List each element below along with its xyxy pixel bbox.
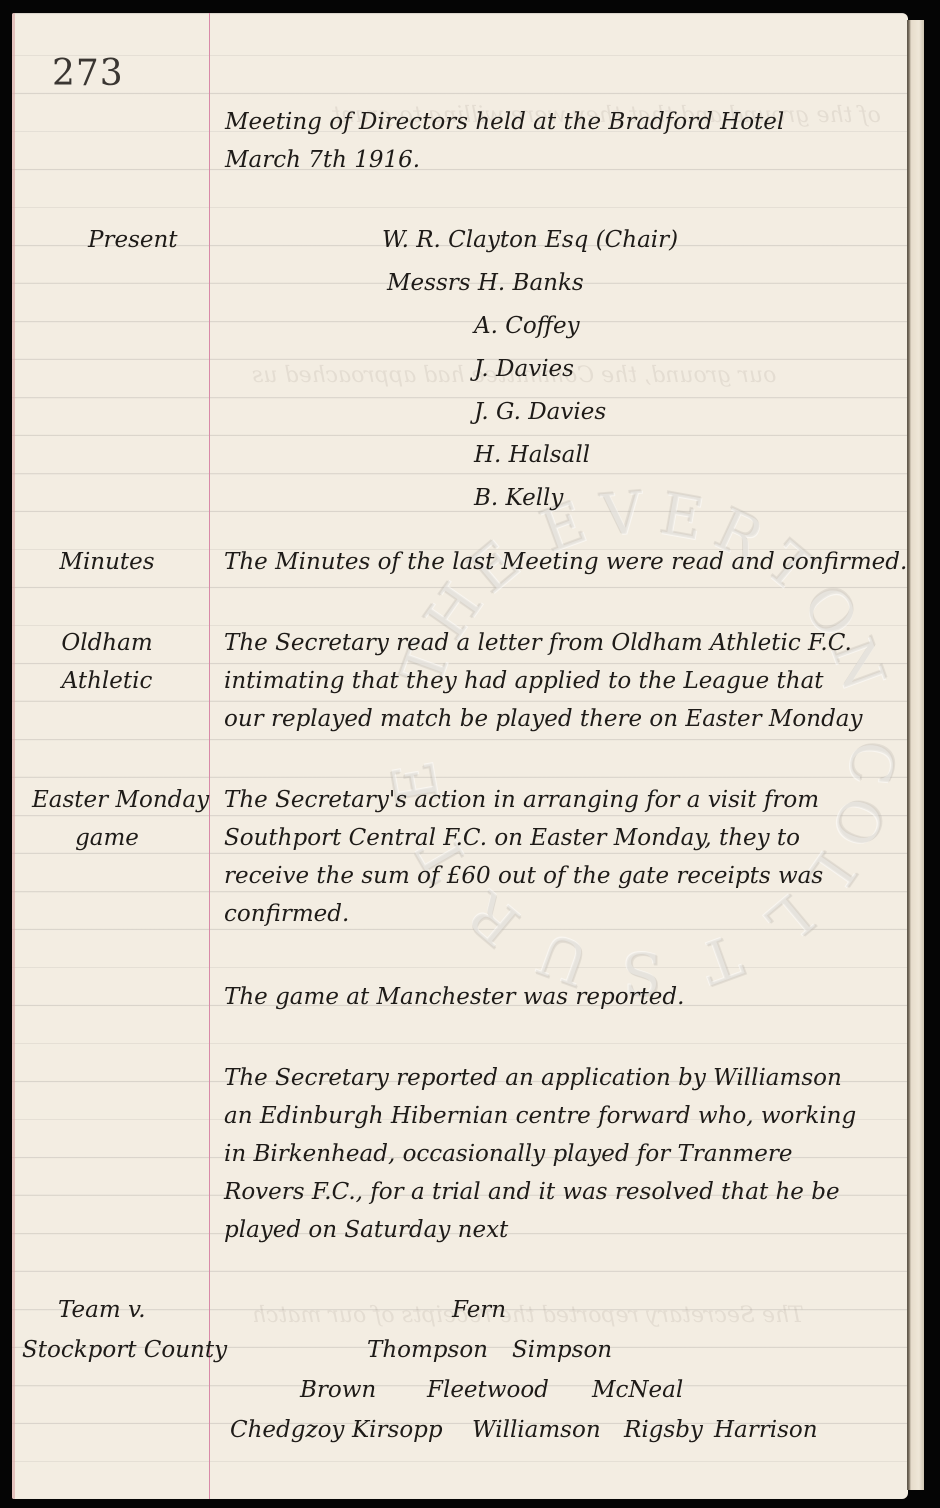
attendee-jg-davies: J. G. Davies xyxy=(474,399,606,425)
easter-text-line: confirmed. xyxy=(224,901,349,927)
player-back: Thompson xyxy=(367,1337,488,1363)
meeting-date: March 7th 1916. xyxy=(225,147,420,173)
oldham-label-line1: Oldham xyxy=(12,630,202,656)
page-edge xyxy=(12,13,15,1499)
player-back: Simpson xyxy=(512,1337,612,1363)
player-forward: Rigsby xyxy=(624,1417,703,1443)
meeting-heading: Meeting of Directors held at the Bradfor… xyxy=(225,109,784,135)
williamson-text-line: in Birkenhead, occasionally played for T… xyxy=(224,1141,792,1167)
williamson-text-line: The Secretary reported an application by… xyxy=(224,1065,842,1091)
oldham-text-line: our replayed match be played there on Ea… xyxy=(224,706,863,732)
easter-text-line: Southport Central F.C. on Easter Monday,… xyxy=(224,825,800,851)
attendee-j-davies: J. Davies xyxy=(474,356,574,382)
attendee-clayton: W. R. Clayton Esq (Chair) xyxy=(382,227,678,253)
book-binding xyxy=(907,20,924,1490)
attendee-banks: Messrs H. Banks xyxy=(387,270,584,296)
oldham-text-line: intimating that they had applied to the … xyxy=(224,668,824,694)
attendee-coffey: A. Coffey xyxy=(474,313,580,339)
minutes-label: Minutes xyxy=(12,549,202,575)
player-goalkeeper: Fern xyxy=(452,1297,506,1323)
minutes-text: The Minutes of the last Meeting were rea… xyxy=(224,549,907,575)
player-forward: Williamson xyxy=(472,1417,601,1443)
manchester-text: The game at Manchester was reported. xyxy=(224,984,684,1010)
oldham-text-line: The Secretary read a letter from Oldham … xyxy=(224,630,852,656)
attendee-halsall: H. Halsall xyxy=(474,442,590,468)
bleed-through-text: The Secretary reported the receipts of o… xyxy=(252,1303,804,1328)
easter-label-line2: game xyxy=(12,825,202,851)
easter-text-line: The Secretary's action in arranging for … xyxy=(224,787,819,813)
williamson-text-line: played on Saturday next xyxy=(224,1217,508,1243)
player-halfback: Brown xyxy=(300,1377,376,1403)
player-forward: Kirsopp xyxy=(352,1417,443,1443)
williamson-text-line: an Edinburgh Hibernian centre forward wh… xyxy=(224,1103,856,1129)
easter-label-line1: Easter Monday xyxy=(32,787,209,813)
team-label-line2: Stockport County xyxy=(22,1337,227,1363)
attendee-kelly: B. Kelly xyxy=(474,485,563,511)
margin-line xyxy=(209,13,210,1499)
ledger-page: of the ground and that they were willing… xyxy=(12,13,908,1499)
williamson-text-line: Rovers F.C., for a trial and it was reso… xyxy=(224,1179,840,1205)
player-halfback: Fleetwood xyxy=(427,1377,549,1403)
present-label: Present xyxy=(88,227,178,253)
page-number: 273 xyxy=(52,53,124,94)
team-label-line1: Team v. xyxy=(58,1297,146,1323)
player-forward: Harrison xyxy=(714,1417,818,1443)
player-forward: Chedgzoy xyxy=(230,1417,344,1443)
easter-text-line: receive the sum of £60 out of the gate r… xyxy=(224,863,823,889)
oldham-label-line2: Athletic xyxy=(12,668,202,694)
player-halfback: McNeal xyxy=(592,1377,683,1403)
